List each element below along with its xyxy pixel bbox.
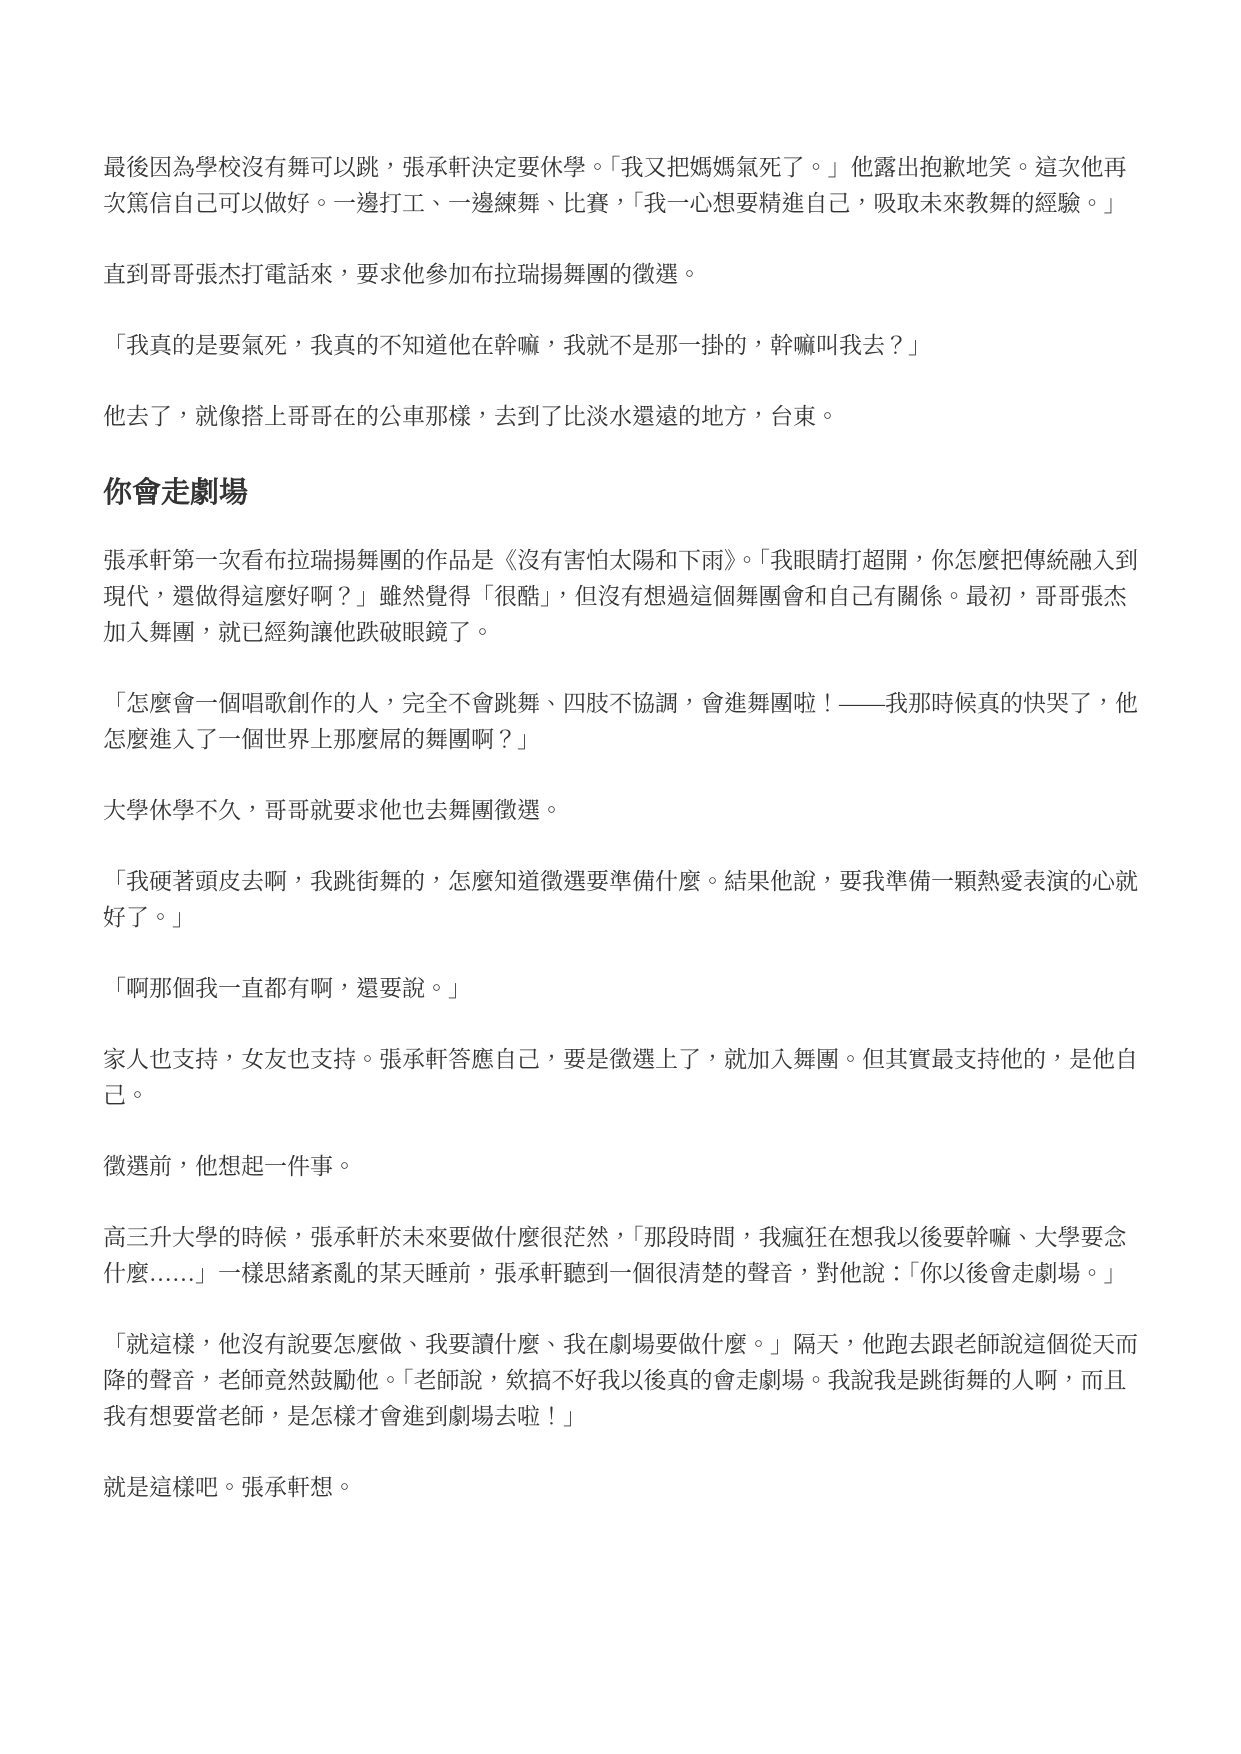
paragraph-family-support: 家人也支持，女友也支持。張承軒答應自己，要是徵選上了，就加入舞團。但其實最支持他… <box>103 1042 1139 1114</box>
paragraph-closing-thought: 就是這樣吧。張承軒想。 <box>103 1470 1139 1506</box>
paragraph-dropout-decision: 最後因為學校沒有舞可以跳，張承軒決定要休學。「我又把媽媽氣死了。」他露出抱歉地笑… <box>103 150 1139 222</box>
paragraph-before-audition: 徵選前，他想起一件事。 <box>103 1149 1139 1185</box>
paragraph-went-to-taitung: 他去了，就像搭上哥哥在的公車那樣，去到了比淡水還遠的地方，台東。 <box>103 399 1139 435</box>
article-page: 最後因為學校沒有舞可以跳，張承軒決定要休學。「我又把媽媽氣死了。」他露出抱歉地笑… <box>103 0 1139 1541</box>
paragraph-voice-before-sleep: 高三升大學的時候，張承軒於未來要做什麼很茫然，「那段時間，我瘋狂在想我以後要幹嘛… <box>103 1220 1139 1292</box>
paragraph-brother-phone-call: 直到哥哥張杰打電話來，要求他參加布拉瑞揚舞團的徵選。 <box>103 257 1139 293</box>
section-heading: 你會走劇場 <box>103 470 1139 516</box>
paragraph-brother-asked-audition: 大學休學不久，哥哥就要求他也去舞團徵選。 <box>103 793 1139 829</box>
paragraph-teacher-encouragement: 「就這樣，他沒有說要怎麼做、我要讀什麼、我在劇場要做什麼。」隔天，他跑去跟老師說… <box>103 1327 1139 1435</box>
paragraph-quote-audition-prep: 「我硬著頭皮去啊，我跳街舞的，怎麼知道徵選要準備什麼。結果他說，要我準備一顆熱愛… <box>103 864 1139 936</box>
paragraph-first-saw-company: 張承軒第一次看布拉瑞揚舞團的作品是《沒有害怕太陽和下雨》。「我眼睛打超開，你怎麼… <box>103 543 1139 651</box>
paragraph-quote-always-had-it: 「啊那個我一直都有啊，還要說。」 <box>103 971 1139 1007</box>
paragraph-quote-angry: 「我真的是要氣死，我真的不知道他在幹嘛，我就不是那一掛的，幹嘛叫我去？」 <box>103 328 1139 364</box>
paragraph-quote-how-could-he-join: 「怎麼會一個唱歌創作的人，完全不會跳舞、四肢不協調，會進舞團啦！——我那時候真的… <box>103 686 1139 758</box>
